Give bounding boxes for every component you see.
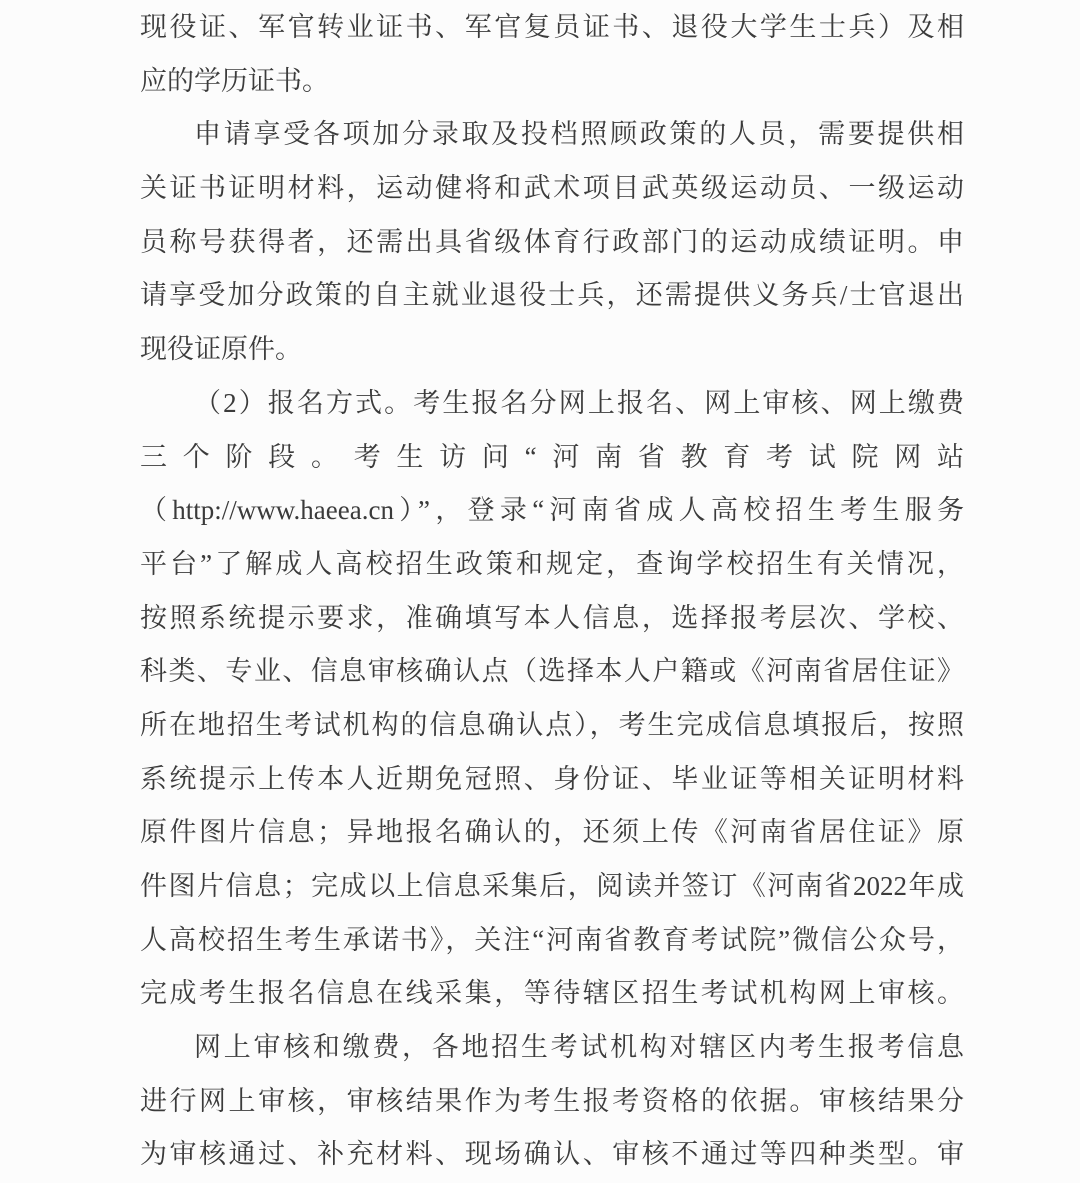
text-line: 人高校招生考生承诺书》，关注“河南省教育考试院”微信公众号， <box>140 914 964 968</box>
text-line: 原件图片信息；异地报名确认的，还须上传《河南省居住证》原 <box>140 806 964 860</box>
text-line: （http://www.haeea.cn）”，登录“河南省成人高校招生考生服务 <box>140 484 964 538</box>
text-line: 网上审核和缴费，各地招生考试机构对辖区内考生报考信息 <box>140 1021 964 1075</box>
text-line: 应的学历证书。 <box>140 55 964 109</box>
document-page: 现役证、军官转业证书、军官复员证书、退役大学生士兵）及相应的学历证书。申请享受各… <box>0 0 1080 1183</box>
text-line: 员称号获得者，还需出具省级体育行政部门的运动成绩证明。申 <box>140 216 964 270</box>
text-line: 系统提示上传本人近期免冠照、身份证、毕业证等相关证明材料 <box>140 753 964 807</box>
text-line: 完成考生报名信息在线采集，等待辖区招生考试机构网上审核。 <box>140 967 964 1021</box>
text-line: 所在地招生考试机构的信息确认点），考生完成信息填报后，按照 <box>140 699 964 753</box>
text-line: 关证书证明材料，运动健将和武术项目武英级运动员、一级运动 <box>140 162 964 216</box>
text-line: 进行网上审核，审核结果作为考生报考资格的依据。审核结果分 <box>140 1075 964 1129</box>
text-line: 现役证原件。 <box>140 323 964 377</box>
document-body: 现役证、军官转业证书、军官复员证书、退役大学生士兵）及相应的学历证书。申请享受各… <box>140 1 964 1182</box>
text-line: （2）报名方式。考生报名分网上报名、网上审核、网上缴费 <box>140 377 964 431</box>
text-line: 申请享受各项加分录取及投档照顾政策的人员，需要提供相 <box>140 108 964 162</box>
text-line: 按照系统提示要求，准确填写本人信息，选择报考层次、学校、 <box>140 592 964 646</box>
text-line: 件图片信息；完成以上信息采集后，阅读并签订《河南省2022年成 <box>140 860 964 914</box>
text-line: 科类、专业、信息审核确认点（选择本人户籍或《河南省居住证》 <box>140 645 964 699</box>
text-line: 平台”了解成人高校招生政策和规定，查询学校招生有关情况， <box>140 538 964 592</box>
text-line: 为审核通过、补充材料、现场确认、审核不通过等四种类型。审 <box>140 1128 964 1182</box>
text-line: 三个阶段。考生访问“河南省教育考试院网站 <box>140 431 964 485</box>
text-line: 请享受加分政策的自主就业退役士兵，还需提供义务兵/士官退出 <box>140 269 964 323</box>
text-line: 现役证、军官转业证书、军官复员证书、退役大学生士兵）及相 <box>140 1 964 55</box>
